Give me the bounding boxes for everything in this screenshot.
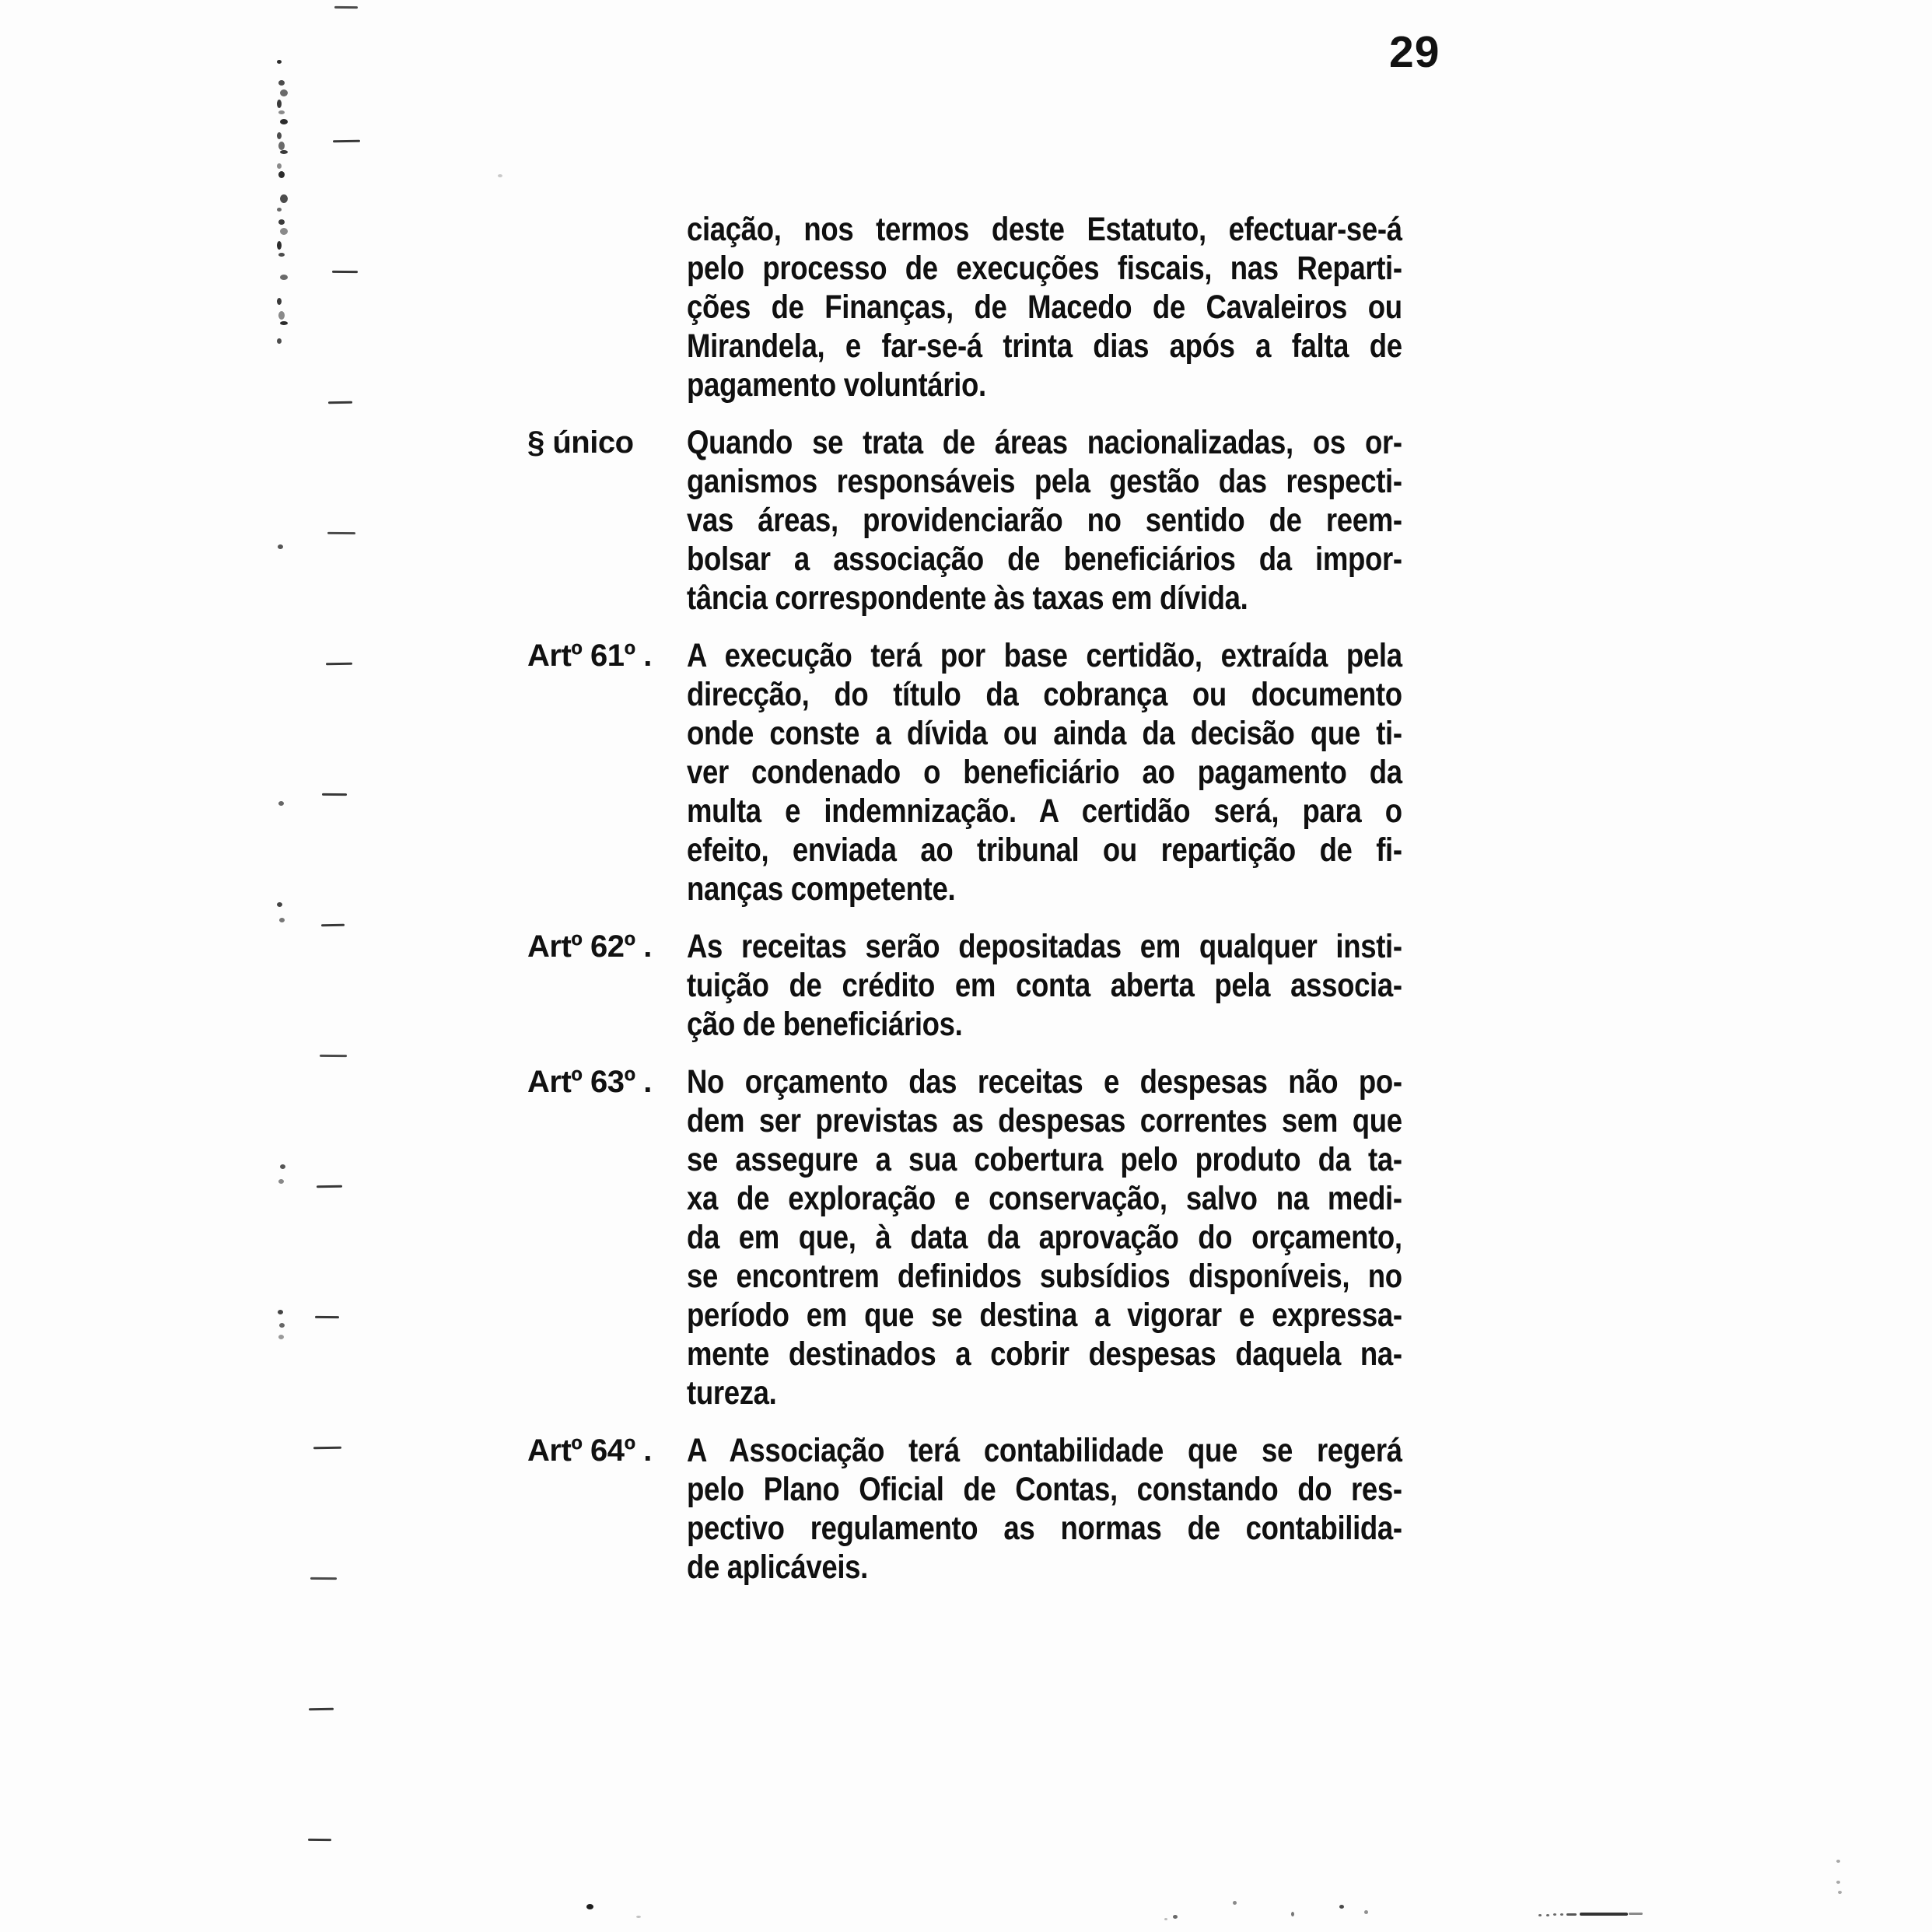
stray-speck (586, 1904, 593, 1909)
margin-speck (277, 132, 282, 139)
text-line: dem ser previstas as despesas correntes … (687, 1101, 1402, 1140)
statute-paragraph: ciação, nos termos deste Estatuto, efect… (527, 210, 1538, 404)
margin-speck (278, 1335, 284, 1339)
text-line: ganismos responsáveis pela gestão das re… (687, 462, 1402, 501)
bottom-speck (1164, 1918, 1167, 1920)
stray-speck (498, 174, 502, 177)
text-line: da em que, à data da aprovação do orçame… (687, 1218, 1402, 1257)
text-line: Mirandela, e far-se-á trinta dias após a… (687, 327, 1402, 366)
text-line: tuição de crédito em conta aberta pela a… (687, 966, 1402, 1005)
paragraph-text: ciação, nos termos deste Estatuto, efect… (687, 210, 1402, 404)
bottom-speck (1364, 1910, 1368, 1914)
margin-dash (313, 1447, 341, 1450)
margin-dash (333, 140, 360, 142)
statute-paragraph: Artº 61º .A execução terá por base certi… (527, 636, 1538, 908)
text-line: pelo Plano Oficial de Contas, constando … (687, 1470, 1402, 1509)
margin-dash (321, 924, 345, 926)
text-line: bolsar a associação de beneficiários da … (687, 540, 1402, 579)
paragraph-text: No orçamento das receitas e despesas não… (687, 1062, 1402, 1412)
bottom-rule-tail (1629, 1913, 1643, 1915)
margin-speck (277, 100, 282, 108)
margin-speck (278, 1179, 284, 1184)
text-line: período em que se destina a vigorar e ex… (687, 1296, 1402, 1335)
statute-paragraph: § únicoQuando se trata de áreas nacional… (527, 423, 1538, 618)
bottom-speck (1173, 1915, 1178, 1919)
paragraph-text: Quando se trata de áreas nacionalizadas,… (687, 423, 1402, 618)
margin-speck (277, 241, 282, 250)
text-line: tância correspondente às taxas em dívida… (687, 579, 1402, 618)
margin-speck (280, 1164, 285, 1169)
text-line: ver condenado o beneficiário ao pagament… (687, 753, 1402, 792)
margin-dash (326, 663, 352, 665)
text-line: A execução terá por base certidão, extra… (687, 636, 1402, 675)
margin-speck (277, 298, 282, 305)
text-line: As receitas serão depositadas em qualque… (687, 927, 1402, 966)
margin-speck (280, 89, 288, 96)
article-label: § único (527, 423, 687, 462)
text-line: A Associação terá contabilidade que se r… (687, 1431, 1402, 1470)
text-line: ções de Finanças, de Macedo de Cavaleiro… (687, 288, 1402, 327)
article-label: Artº 61º . (527, 636, 687, 675)
margin-dash (317, 1185, 342, 1188)
paragraph-text: As receitas serão depositadas em qualque… (687, 927, 1402, 1044)
margin-dash (322, 793, 347, 796)
stray-speck (636, 1916, 641, 1918)
edge-speck (1836, 1881, 1840, 1884)
margin-speck (277, 338, 282, 344)
margin-speck (277, 902, 282, 907)
margin-speck (278, 311, 285, 320)
margin-speck (278, 80, 285, 86)
margin-speck (280, 321, 288, 325)
margin-speck (280, 275, 288, 280)
margin-speck (277, 60, 282, 64)
text-line: ção de beneficiários. (687, 1005, 1402, 1044)
edge-speck (1838, 1891, 1842, 1894)
text-line: mente destinados a cobrir despesas daque… (687, 1335, 1402, 1374)
text-line: onde conste a dívida ou ainda da decisão… (687, 714, 1402, 753)
paragraph-text: A execução terá por base certidão, extra… (687, 636, 1402, 908)
text-line: No orçamento das receitas e despesas não… (687, 1062, 1402, 1101)
margin-speck (278, 142, 285, 150)
article-label: Artº 64º . (527, 1431, 687, 1470)
margin-dash (315, 1316, 339, 1318)
margin-speck (280, 228, 288, 235)
text-line: xa de exploração e conservação, salvo na… (687, 1179, 1402, 1218)
document-body: ciação, nos termos deste Estatuto, efect… (527, 210, 1538, 1587)
text-line: pectivo regulamento as normas de contabi… (687, 1509, 1402, 1548)
statute-paragraph: Artº 63º .No orçamento das receitas e de… (527, 1062, 1538, 1412)
bottom-rule-dot (1546, 1914, 1549, 1916)
text-line: se assegure a sua cobertura pelo produto… (687, 1140, 1402, 1179)
margin-speck (280, 119, 288, 124)
page-number: 29 (1389, 26, 1440, 78)
margin-dash (327, 532, 355, 534)
article-label: Artº 62º . (527, 927, 687, 966)
bottom-rule-dash (1566, 1913, 1577, 1916)
margin-dash (332, 271, 358, 273)
margin-dash (328, 401, 352, 404)
text-line: ciação, nos termos deste Estatuto, efect… (687, 210, 1402, 249)
text-line: Quando se trata de áreas nacionalizadas,… (687, 423, 1402, 462)
margin-dash (320, 1055, 347, 1057)
margin-speck (278, 219, 285, 225)
scanned-page: 29 ciação, nos termos deste Estatuto, ef… (0, 0, 1932, 1932)
statute-paragraph: Artº 62º .As receitas serão depositadas … (527, 927, 1538, 1044)
margin-dash (308, 1839, 331, 1841)
margin-speck (278, 801, 284, 806)
text-line: direcção, do título da cobrança ou docum… (687, 675, 1402, 714)
margin-dash (309, 1708, 334, 1710)
paragraph-text: A Associação terá contabilidade que se r… (687, 1431, 1402, 1587)
margin-speck (279, 918, 285, 922)
text-line: se encontrem definidos subsídios disponí… (687, 1257, 1402, 1296)
margin-speck (278, 171, 285, 178)
text-line: pagamento voluntário. (687, 366, 1402, 404)
margin-speck (279, 1323, 285, 1328)
margin-speck (278, 544, 283, 549)
bottom-rule-dot (1560, 1913, 1563, 1916)
margin-speck (280, 194, 288, 203)
margin-speck (278, 1310, 283, 1314)
margin-speck (277, 163, 282, 169)
text-line: vas áreas, providenciarão no sentido de … (687, 501, 1402, 540)
margin-dash (334, 6, 358, 9)
margin-dash (310, 1577, 337, 1580)
margin-speck (278, 253, 285, 257)
text-line: efeito, enviada ao tribunal ou repartiçã… (687, 831, 1402, 870)
text-line: multa e indemnização. A certidão será, p… (687, 792, 1402, 831)
bottom-speck (1291, 1912, 1294, 1916)
statute-paragraph: Artº 64º .A Associação terá contabilidad… (527, 1431, 1538, 1587)
margin-speck (277, 208, 282, 212)
text-line: tureza. (687, 1374, 1402, 1412)
bottom-rule (1580, 1913, 1628, 1916)
text-line: nanças competente. (687, 870, 1402, 908)
margin-speck (278, 110, 285, 114)
text-line: pelo processo de execuções fiscais, nas … (687, 249, 1402, 288)
bottom-speck (1339, 1905, 1344, 1909)
bottom-rule-dot (1553, 1913, 1556, 1916)
bottom-rule-dot (1538, 1914, 1542, 1916)
article-label: Artº 63º . (527, 1062, 687, 1101)
margin-speck (280, 150, 288, 154)
edge-speck (1836, 1860, 1840, 1863)
text-line: de aplicáveis. (687, 1548, 1402, 1587)
bottom-speck (1233, 1901, 1237, 1905)
